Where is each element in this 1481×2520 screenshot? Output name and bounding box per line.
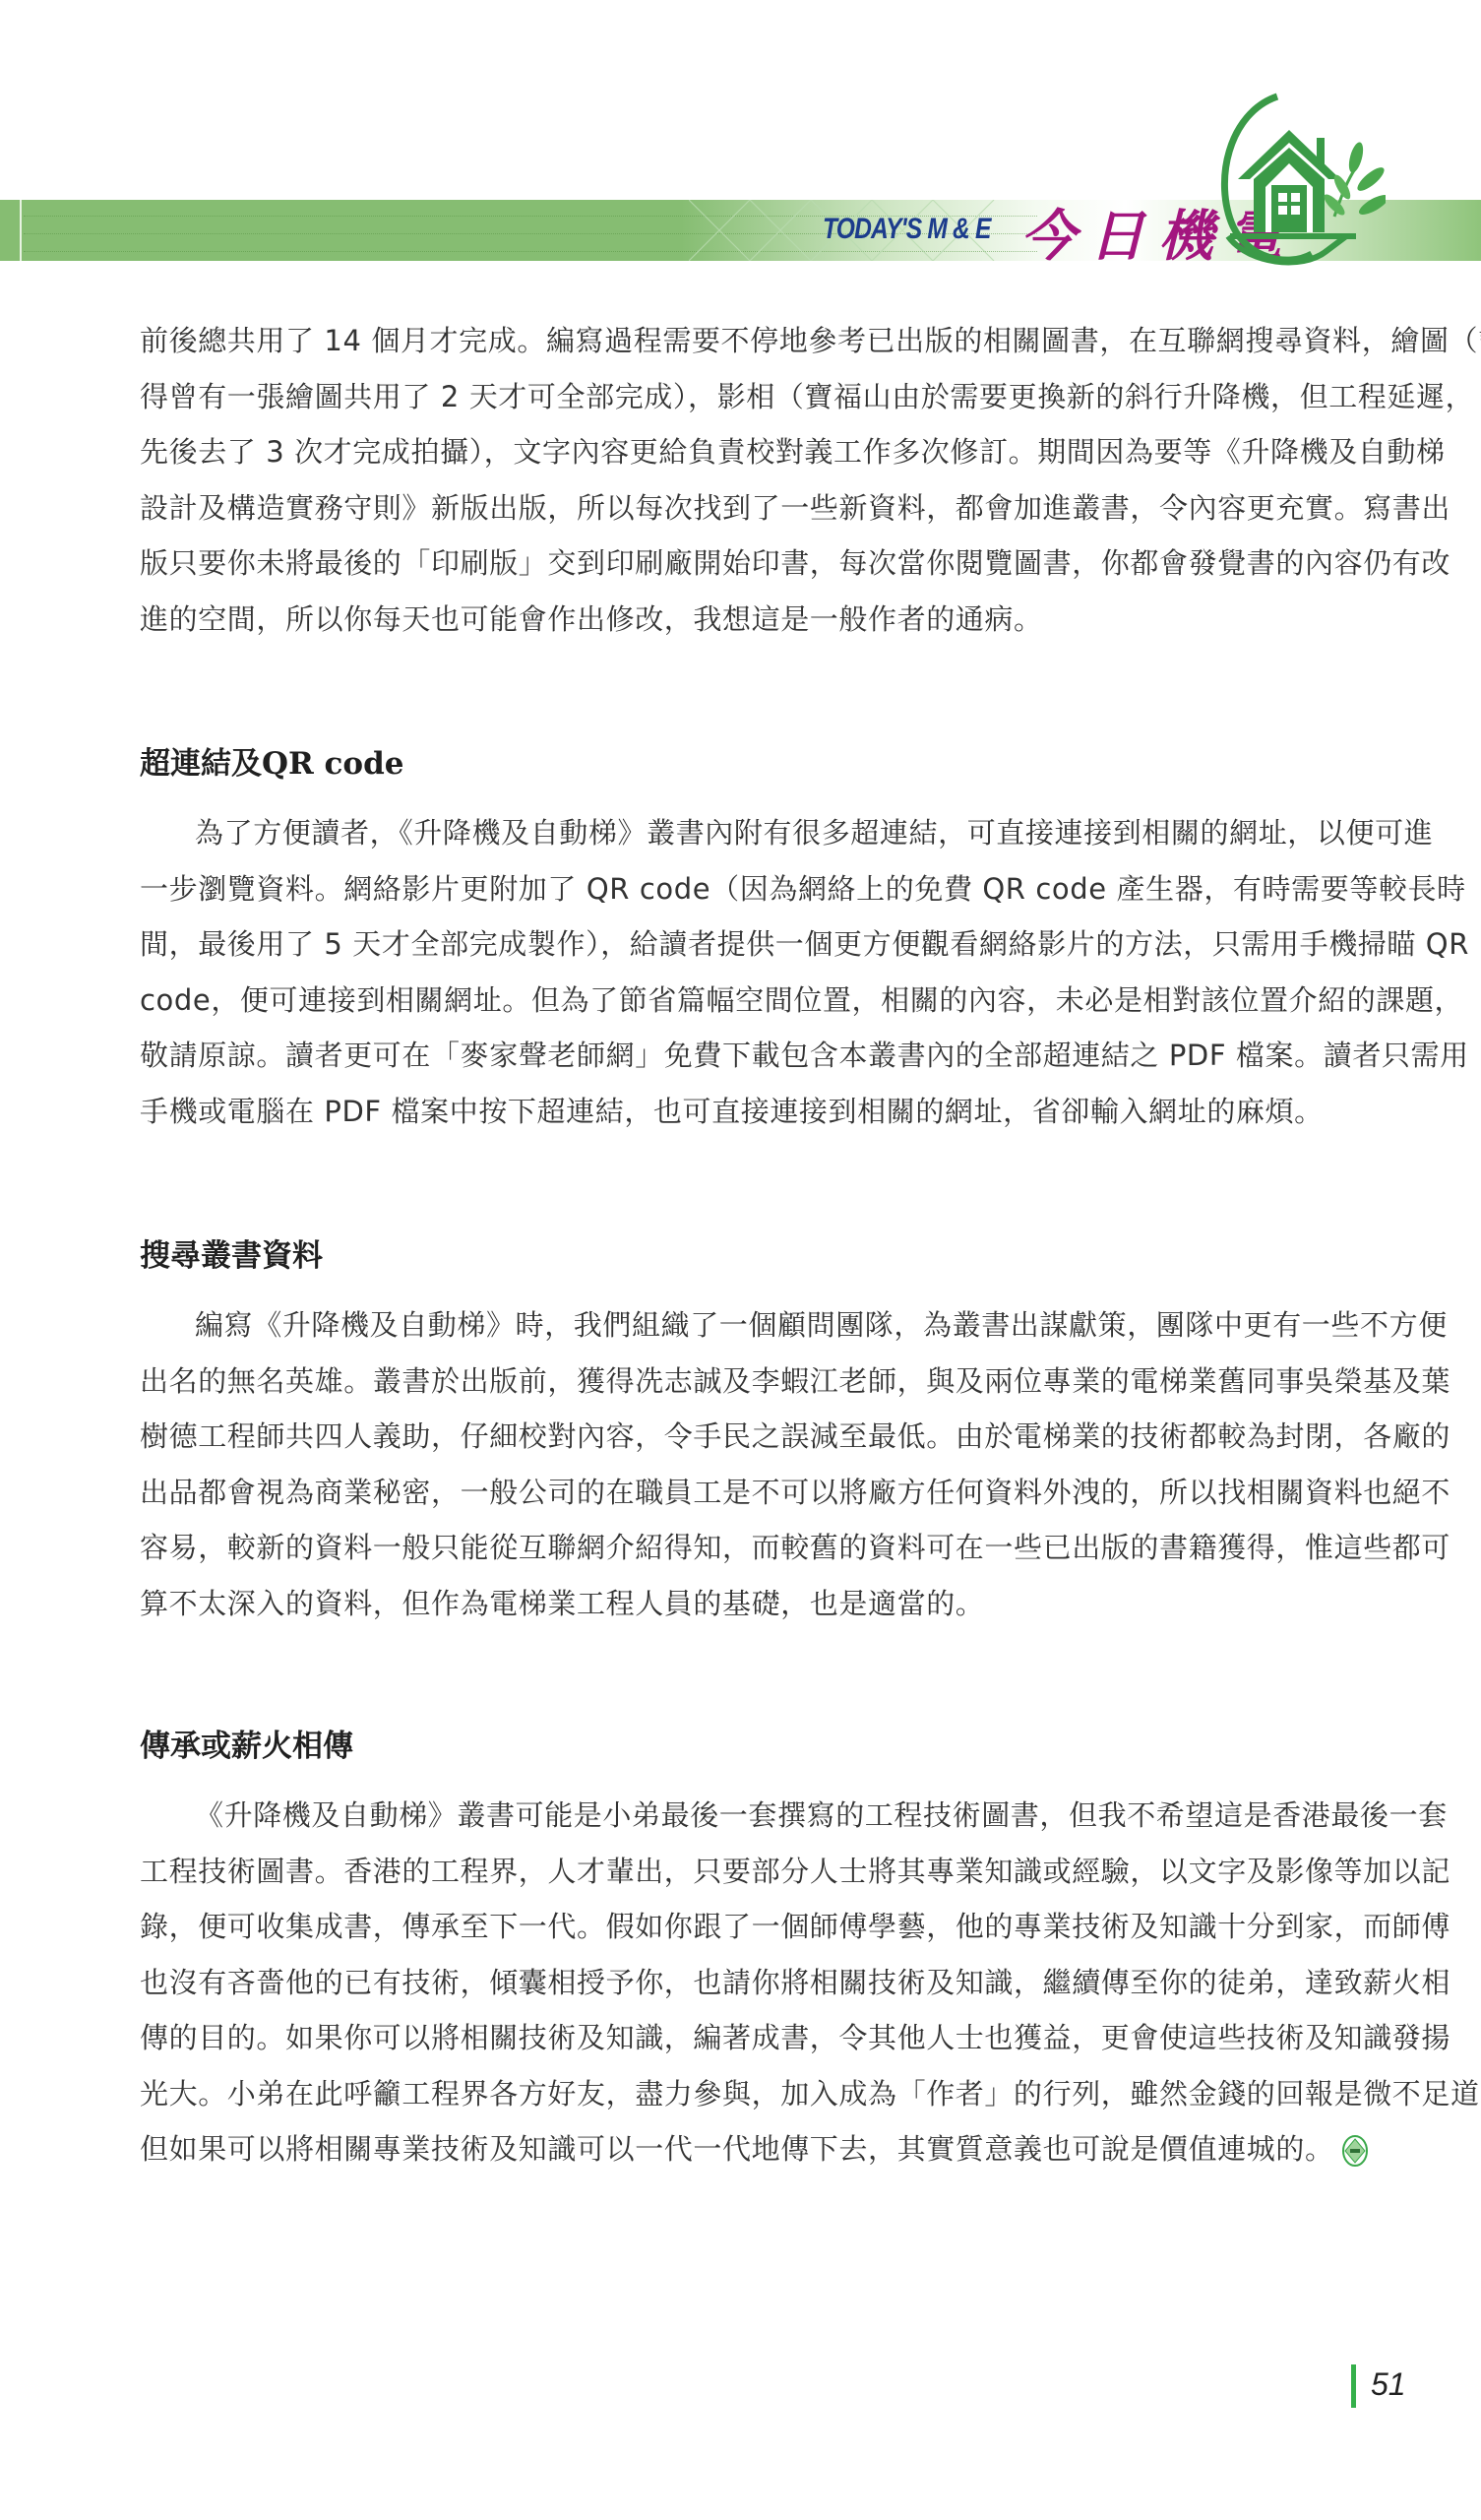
section-heading: 超連結及QR code [140, 744, 1365, 784]
text-line: 敬請原諒。讀者更可在「麥家聲老師網」免費下載包含本叢書內的全部超連結之 PDF … [140, 1028, 1365, 1084]
section-heading: 傳承或薪火相傳 [140, 1727, 1365, 1766]
band-stripe [20, 200, 22, 261]
text-line: 得曾有一張繪圖共用了 2 天才可全部完成），影相（寶福山由於需要更換新的斜行升降… [140, 369, 1365, 425]
text-line: 容易，較新的資料一般只能從互聯網介紹得知，而較舊的資料可在一些已出版的書籍獲得，… [140, 1520, 1365, 1576]
text-line: 編寫《升降機及自動梯》時，我們組織了一個顧問團隊，為叢書出謀獻策，團隊中更有一些… [140, 1297, 1365, 1354]
text-line: 設計及構造實務守則》新版出版，所以每次找到了一些新資料，都會加進叢書，令內容更充… [140, 480, 1365, 536]
text-line: 《升降機及自動梯》叢書可能是小弟最後一套撰寫的工程技術圖書，但我不希望這是香港最… [140, 1788, 1365, 1844]
text-line: 傳的目的。如果你可以將相關技術及知識，編著成書，令其他人士也獲益，更會使這些技術… [140, 2010, 1365, 2066]
text-line: code，便可連接到相關網址。但為了節省篇幅空間位置，相關的內容，未必是相對該位… [140, 973, 1365, 1029]
section-heading: 搜尋叢書資料 [140, 1236, 1365, 1276]
section-searching-materials: 搜尋叢書資料 編寫《升降機及自動梯》時，我們組織了一個顧問團隊，為叢書出謀獻策，… [140, 1236, 1365, 1631]
text-line: 錄，便可收集成書，傳承至下一代。假如你跟了一個師傅學藝，他的專業技術及知識十分到… [140, 1899, 1365, 1955]
text-line: 前後總共用了 14 個月才完成。編寫過程需要不停地參考已出版的相關圖書，在互聯網… [140, 313, 1365, 369]
text-line-last: 但如果可以將相關專業技術及知識可以一代一代地傳下去，其實質意義也可說是價值連城的… [140, 2121, 1365, 2177]
text-line: 一步瀏覽資料。網絡影片更附加了 QR code（因為網絡上的免費 QR code… [140, 861, 1365, 917]
house-leaf-logo-icon [1208, 89, 1386, 271]
brand-english-title: TODAY'S M & E [823, 213, 991, 246]
text-line: 間，最後用了 5 天才全部完成製作），給讀者提供一個更方便觀看網絡影片的方法，只… [140, 916, 1365, 973]
text-line: 出名的無名英雄。叢書於出版前，獲得冼志誠及李蝦江老師，與及兩位專業的電梯業舊同事… [140, 1354, 1365, 1410]
section-passing-on-knowledge: 傳承或薪火相傳 《升降機及自動梯》叢書可能是小弟最後一套撰寫的工程技術圖書，但我… [140, 1727, 1365, 2177]
text-line: 但如果可以將相關專業技術及知識可以一代一代地傳下去，其實質意義也可說是價值連城的… [140, 2132, 1334, 2166]
text-line: 工程技術圖書。香港的工程界，人才輩出，只要部分人士將其專業知識或經驗，以文字及影… [140, 1844, 1365, 1900]
text-line: 光大。小弟在此呼籲工程界各方好友，盡力參與，加入成為「作者」的行列，雖然金錢的回… [140, 2066, 1365, 2122]
text-line: 版只要你未將最後的「印刷版」交到印刷廠開始印書，每次當你閱覽圖書，你都會發覺書的… [140, 535, 1365, 592]
text-line: 樹德工程師共四人義助，仔細校對內容，令手民之誤減至最低。由於電梯業的技術都較為封… [140, 1409, 1365, 1465]
text-line: 手機或電腦在 PDF 檔案中按下超連結，也可直接連接到相關的網址，省卻輸入網址的… [140, 1084, 1365, 1140]
text-line: 算不太深入的資料，但作為電梯業工程人員的基礎，也是適當的。 [140, 1576, 1365, 1632]
page-number-accent-bar [1351, 2364, 1356, 2408]
end-of-article-emblem-icon [1340, 2134, 1370, 2168]
text-line: 出品都會視為商業秘密，一般公司的在職員工是不可以將廠方任何資料外洩的，所以找相關… [140, 1465, 1365, 1521]
page-number: 51 [1371, 2366, 1406, 2403]
text-line: 也沒有吝嗇他的已有技術，傾囊相授予你，也請你將相關技術及知識，繼續傳至你的徒弟，… [140, 1955, 1365, 2011]
text-line: 先後去了 3 次才完成拍攝），文字內容更給負責校對義工作多次修訂。期間因為要等《… [140, 424, 1365, 480]
text-line: 進的空間，所以你每天也可能會作出修改，我想這是一般作者的通病。 [140, 592, 1365, 648]
text-line: 為了方便讀者，《升降機及自動梯》叢書內附有很多超連結，可直接連接到相關的網址，以… [140, 805, 1365, 861]
section-hyperlinks-qr: 超連結及QR code 為了方便讀者，《升降機及自動梯》叢書內附有很多超連結，可… [140, 744, 1365, 1139]
intro-paragraph: 前後總共用了 14 個月才完成。編寫過程需要不停地參考已出版的相關圖書，在互聯網… [140, 313, 1365, 647]
